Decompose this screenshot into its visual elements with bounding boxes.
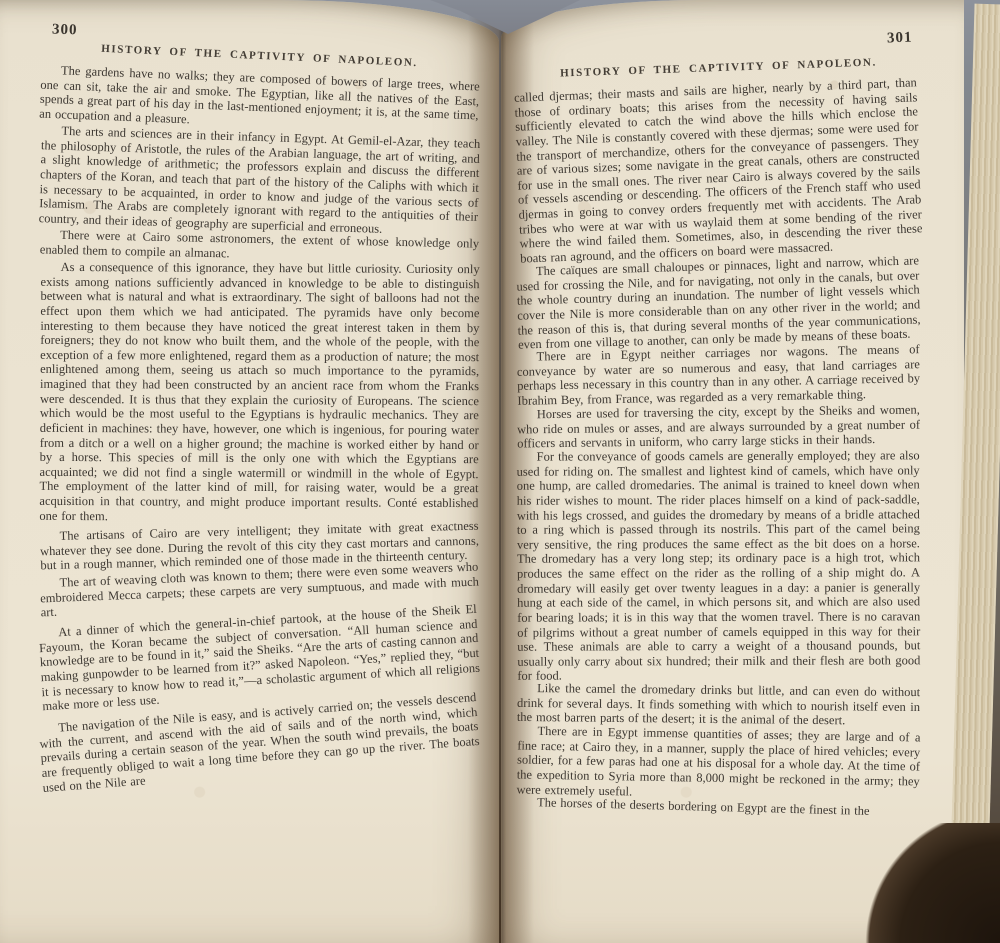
paragraph: There are in Egypt neither carriages nor…	[516, 342, 920, 408]
table-surface-corner	[850, 823, 1000, 943]
paragraph: The caïques are small chaloupes or pinna…	[516, 253, 921, 352]
book-photo: 300 HISTORY OF THE CAPTIVITY OF NAPOLEON…	[0, 0, 1000, 943]
page-number-left: 300	[52, 22, 78, 40]
paragraph: For the conveyance of goods camels are g…	[517, 448, 921, 683]
page-text-left: The gardens have no walks; they are comp…	[40, 71, 479, 779]
paragraph: There are in Egypt immense quantities of…	[516, 723, 920, 803]
page-text-right: called djermas; their masts and sails ar…	[517, 83, 920, 814]
paragraph: The arts and sciences are in their infan…	[39, 123, 481, 239]
book-page-left: 300 HISTORY OF THE CAPTIVITY OF NAPOLEON…	[0, 0, 499, 943]
paragraph: As a consequence of this ignorance, they…	[39, 260, 479, 526]
paragraph: Like the camel the dromedary drinks but …	[517, 681, 920, 729]
page-number-right: 301	[886, 30, 912, 48]
book-page-right: 301 HISTORY OF THE CAPTIVITY OF NAPOLEON…	[501, 0, 964, 943]
paragraph: Horses are used for traversing the city,…	[517, 402, 921, 451]
paragraph: called djermas; their masts and sails ar…	[514, 75, 923, 266]
